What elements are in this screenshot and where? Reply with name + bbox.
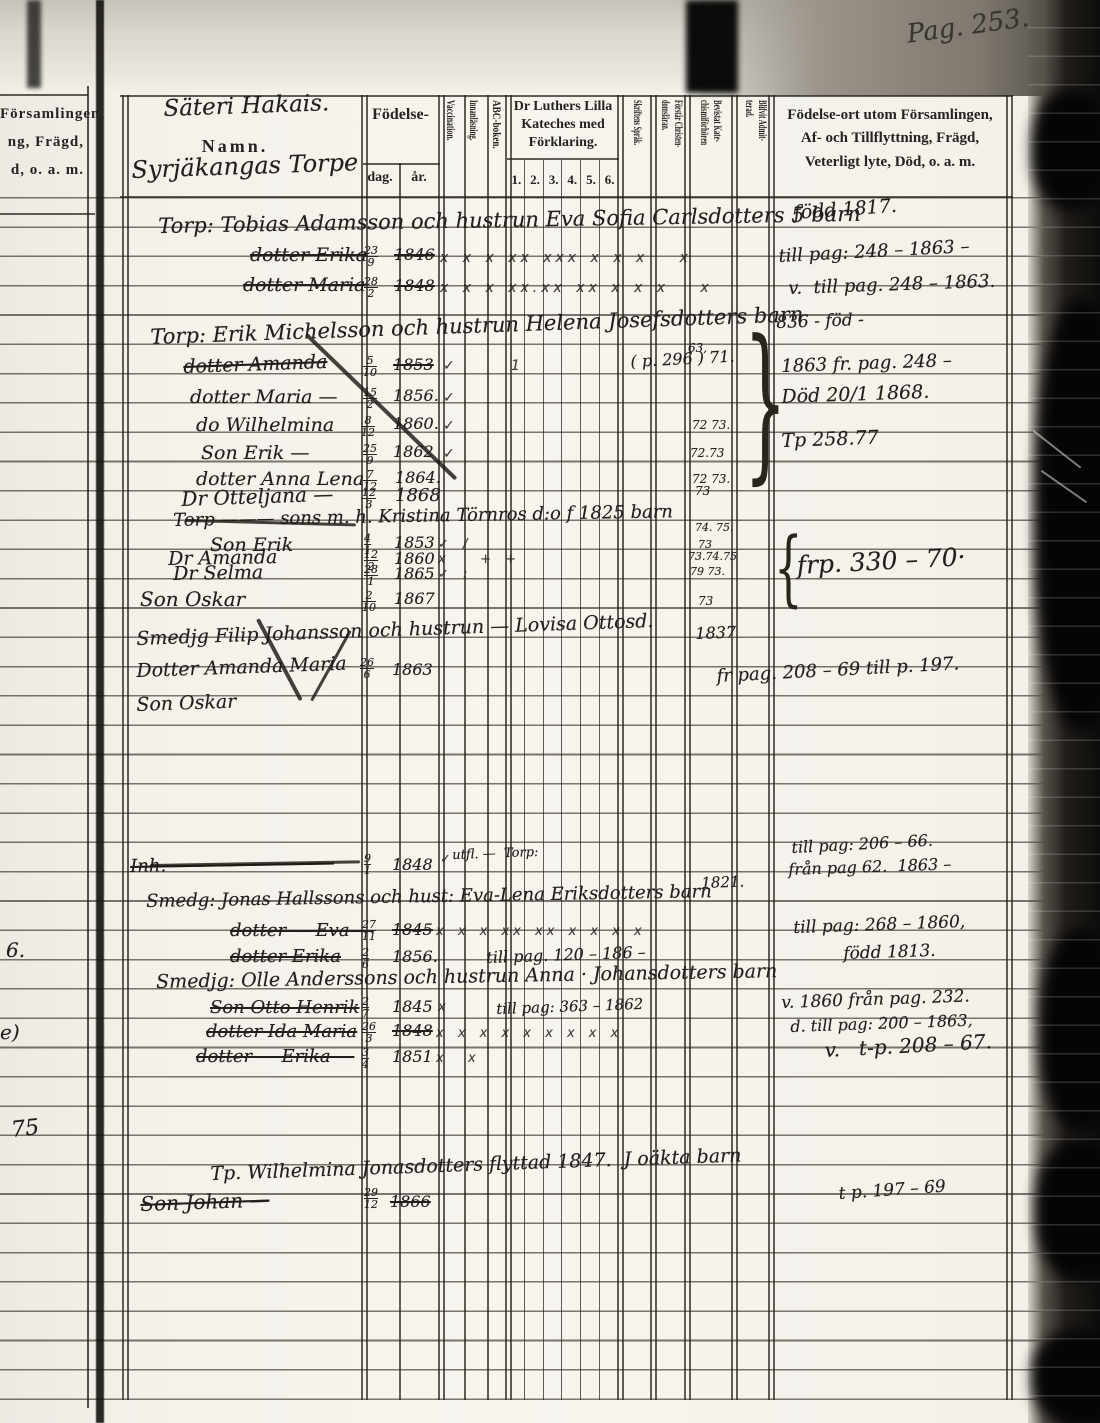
entry-21-remark: född 1813. xyxy=(843,941,936,964)
reading-column-header: Innanläsning. xyxy=(466,100,479,140)
grid-vline xyxy=(736,95,738,1400)
entry-14-year: 1867 xyxy=(394,589,435,608)
entry-24-name: dotter Ida Maria xyxy=(206,1021,357,1042)
entry-14-day: 210 xyxy=(362,591,376,615)
grid-vline xyxy=(122,95,124,1400)
prev-page-header-fragment: d, o. a. m. xyxy=(0,162,84,179)
entry-5-name: dotter Maria — xyxy=(190,386,338,408)
entry-13-name: Dr Selma xyxy=(173,561,263,585)
entry-2-marks: x x x xx.xx xx x x x x xyxy=(440,280,713,296)
scripture-column-header: Skriftens Språk. xyxy=(630,100,643,145)
entry-6-name: do Wilhelmina xyxy=(196,414,334,436)
grid-hline xyxy=(0,94,88,96)
entry-24-marks: x x x x x x x x x xyxy=(436,1026,622,1041)
birth-column-header: Födelse- xyxy=(363,106,438,124)
grid-vline xyxy=(524,160,525,1400)
scan-stain xyxy=(1032,1330,1100,1423)
entry-23-name: Son Otto Henrik xyxy=(210,997,359,1018)
scanned-register-page: Församlingen, ng, Frägd, d, o. a. m. 6. … xyxy=(0,0,1100,1423)
entry-25-year: 1851 xyxy=(392,1047,433,1066)
entry-12-marks: x + + xyxy=(438,552,520,567)
entry-13-day: 281 xyxy=(364,565,378,589)
entry-4-note2: 63, xyxy=(688,341,707,355)
entry-25-name: dotter — Erika — xyxy=(196,1046,354,1067)
scan-right-edge xyxy=(1028,0,1100,1423)
entry-20-name: dotter — Eva — xyxy=(230,920,373,941)
prev-page-header-fragment: ng, Frägd, xyxy=(0,134,84,151)
entry-24-day: 263 xyxy=(362,1022,376,1046)
entry-14-name: Son Oskar xyxy=(140,587,245,611)
entry-9-year: 1868 xyxy=(395,485,441,506)
grid-vline xyxy=(580,160,581,1400)
entry-17-name: Son Oskar xyxy=(136,691,237,716)
birth-year-header: år. xyxy=(400,170,438,186)
grid-vline xyxy=(773,95,775,1400)
entry-15-remark: 1837 xyxy=(695,623,736,643)
page-edge-line xyxy=(87,86,89,1408)
prev-page-header-fragment: Församlingen, xyxy=(0,106,84,123)
entry-6-day: 812 xyxy=(361,416,375,440)
grouping-brace: } xyxy=(744,318,787,486)
entry-9-bev: 73 xyxy=(695,484,710,498)
catechism-subcol: 6. xyxy=(605,172,615,188)
entry-13-bev: 79 73. xyxy=(690,565,725,578)
catechism-column-header: Dr Luthers Lilla Kateches med Förklaring… xyxy=(509,98,617,153)
grid-vline xyxy=(127,95,129,1400)
margin-note: e) xyxy=(0,1020,20,1044)
entry-13-year: 1865 xyxy=(394,564,435,583)
entry-10-bev: 74. 75. xyxy=(695,521,733,534)
scan-stain xyxy=(686,0,738,93)
entry-5-marks: ✓ xyxy=(443,390,459,406)
scan-stain xyxy=(1032,90,1100,210)
entry-1-name: dotter Erika xyxy=(250,244,367,266)
estate-name-handwritten: Säteri Hakais. xyxy=(163,90,330,122)
entry-20-day: 2711 xyxy=(362,920,376,944)
entry-25-day: 34 xyxy=(362,1048,369,1072)
entry-4-marks: ✓ 1 xyxy=(443,358,524,374)
catechism-subcol: 2. xyxy=(530,172,540,188)
entry-4-day: 510 xyxy=(363,356,377,380)
entry-4-year: 1853 xyxy=(393,355,434,374)
attended-column-header: Bevistat Kate- chismiförhören xyxy=(695,100,723,145)
entry-24-year: 1848 xyxy=(392,1021,433,1040)
entry-14-bev: 73 xyxy=(698,594,713,608)
entry-20-year: 1845 xyxy=(392,920,433,939)
entry-7-remark: Tp 258.77 xyxy=(781,427,879,452)
scan-stain xyxy=(1040,930,1100,1130)
grid-vline xyxy=(599,160,600,1400)
grouping-brace: { xyxy=(774,528,803,610)
grid-vline xyxy=(731,95,733,1400)
entry-2-name: dotter Maria xyxy=(243,274,366,296)
catechism-subcol: 4. xyxy=(567,172,577,188)
scan-scratch xyxy=(1041,470,1087,503)
catechism-subcol: 1. xyxy=(511,172,521,188)
catechism-subcol: 5. xyxy=(586,172,596,188)
scan-stain xyxy=(27,0,41,88)
entry-18-day: 91 xyxy=(364,854,371,878)
entry-5-year: 1856. xyxy=(393,386,439,405)
entry-19-remark: 1821. xyxy=(701,873,745,892)
grid-vline xyxy=(399,163,401,1400)
grid-vline xyxy=(768,95,770,1400)
entry-18-note: utfl. — Torp: xyxy=(452,845,539,863)
grid-vline xyxy=(561,160,562,1400)
entry-7-day: 259 xyxy=(363,444,377,468)
catechism-subcolumns: 1. 2. 3. 4. 5. 6. xyxy=(507,172,619,188)
entry-16-year: 1863 xyxy=(392,660,433,679)
entry-7-bev: 72.73 xyxy=(690,446,724,460)
entry-7-name: Son Erik — xyxy=(201,442,309,464)
grid-vline xyxy=(543,160,544,1400)
entry-27-day: 2912 xyxy=(364,1188,378,1212)
scan-stain xyxy=(1036,300,1100,730)
grid-hline xyxy=(363,163,440,165)
entry-13-marks: ✓ : xyxy=(438,567,471,582)
entry-3-remark: 836 - föd - xyxy=(776,310,864,333)
margin-note: 75 xyxy=(10,1115,40,1143)
ruled-lines xyxy=(0,197,1044,1400)
entry-1-marks: x x x xx xxx x x x x xyxy=(440,250,692,266)
vaccination-column-header: Vaccination. xyxy=(443,100,456,141)
entry-11-marks: ✓ / xyxy=(438,537,471,552)
abc-book-column-header: ABC-boken. xyxy=(489,100,502,149)
entry-27-name: Son Johan — xyxy=(140,1187,270,1215)
grid-vline xyxy=(1011,95,1013,1400)
entry-23-year: 1845 xyxy=(392,997,433,1016)
entry-18-year: 1848 xyxy=(392,855,433,874)
entry-2-year: 1848 xyxy=(394,276,435,295)
scan-scratch xyxy=(1033,430,1082,469)
grid-hline xyxy=(0,213,95,215)
catechism-subcol: 3. xyxy=(549,172,559,188)
entry-7-marks: ✓ xyxy=(443,446,459,462)
entry-23-day: 27 xyxy=(362,997,369,1021)
entry-1-year: 1846 xyxy=(394,245,435,264)
admitted-column-header: Blifvit Admit- terad. xyxy=(740,100,768,141)
entry-27-year: 1866 xyxy=(390,1192,431,1211)
entry-1-day: 239 xyxy=(364,246,378,270)
entry-20-marks: x x x xx xx x x x x xyxy=(436,924,646,939)
entry-21-name: dotter Erika xyxy=(230,946,341,967)
birth-day-header: dag. xyxy=(363,170,397,186)
entry-12-bev: 73.74.75 xyxy=(688,550,737,563)
binding-edge xyxy=(96,0,104,1423)
grid-hline xyxy=(507,158,619,160)
scan-stain xyxy=(1036,1140,1100,1280)
entry-21-year: 1856. xyxy=(392,947,438,966)
entry-25-marks: x x xyxy=(436,1051,480,1066)
entry-2-day: 282 xyxy=(364,277,378,301)
grid-vline xyxy=(1006,95,1008,1400)
entry-16-day: 266 xyxy=(360,658,374,682)
entry-23-marks: x xyxy=(438,1000,450,1015)
entry-6-marks: ✓ xyxy=(443,418,459,434)
remarks-column-header: Födelse-ort utom Församlingen, Af- och T… xyxy=(773,104,1007,174)
understands-column-header: Förstår Christen- domsläran. xyxy=(656,100,684,147)
entry-6-bev: 72 73. xyxy=(692,418,730,432)
margin-note: 6. xyxy=(6,938,25,962)
